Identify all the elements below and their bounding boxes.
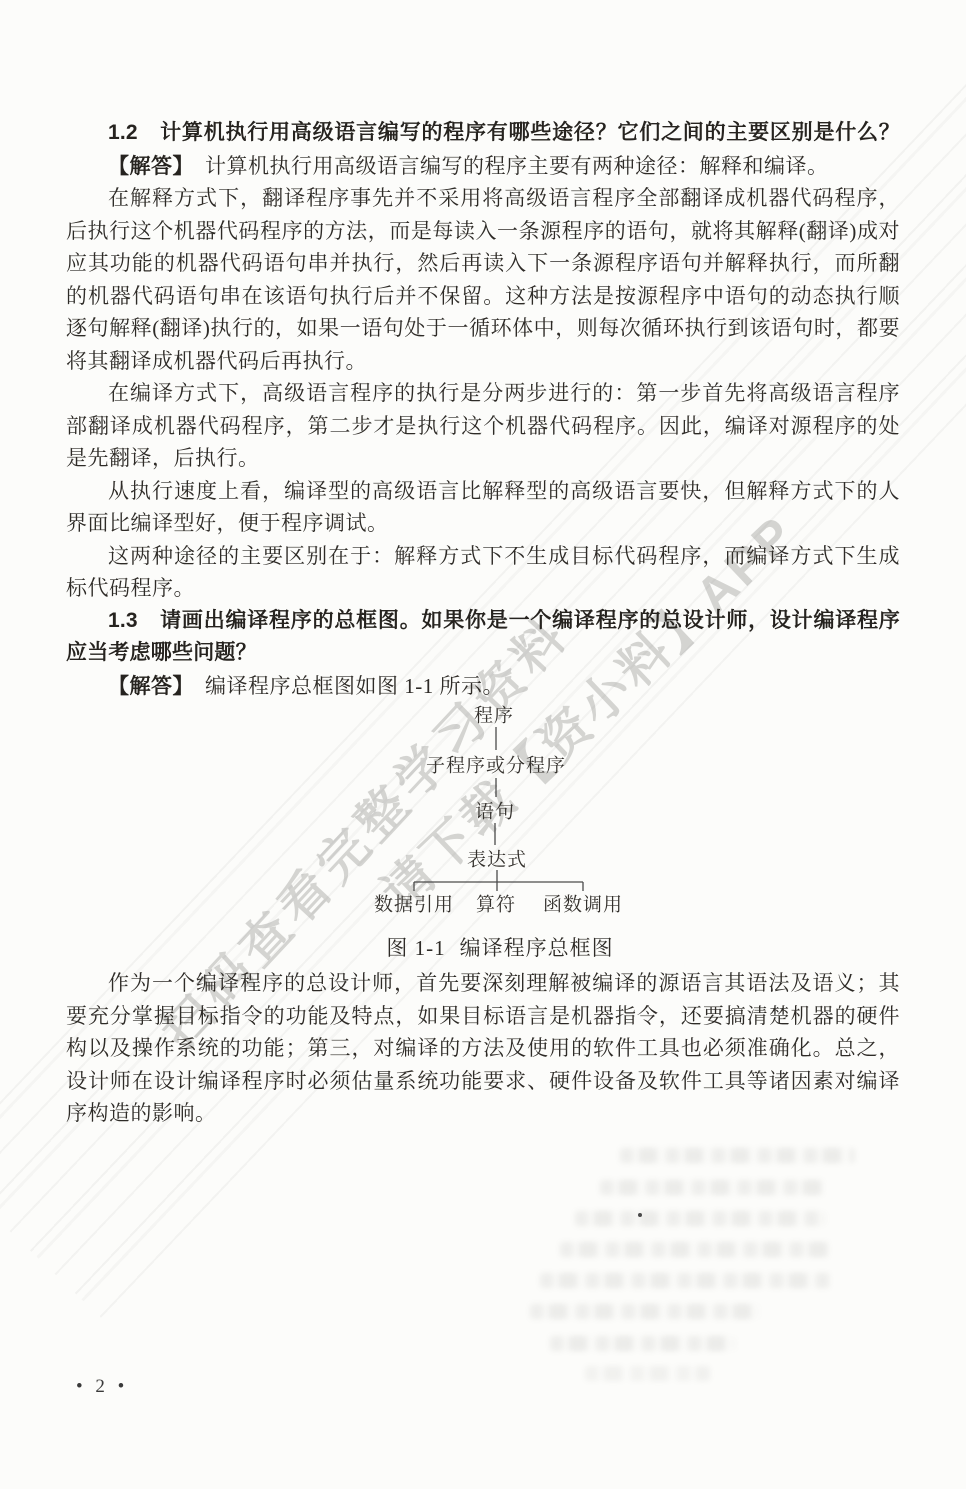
- text-line: 后执行这个机器代码程序的方法，而是每读入一条源程序的语句，就将其解释(翻译)成对: [66, 215, 900, 248]
- node-statement: 语句: [475, 797, 515, 824]
- text-line: 从执行速度上看，编译型的高级语言比解释型的高级语言要快，但解释方式下的人机: [66, 475, 900, 508]
- text-line: 序构造的影响。: [66, 1097, 900, 1130]
- figure-caption-label: 图 1-1: [386, 936, 445, 960]
- bleedthrough-row: [575, 1211, 825, 1226]
- text-line: 在解释方式下，翻译程序事先并不采用将高级语言程序全部翻译成机器代码程序，然: [66, 182, 900, 215]
- text-line: 在编译方式下，高级语言程序的执行是分两步进行的：第一步首先将高级语言程序全: [66, 377, 900, 410]
- text-line: 应当考虑哪些问题？: [66, 637, 900, 670]
- text-line: 界面比编译型好，便于程序调试。: [66, 507, 900, 540]
- text-line: 应其功能的机器代码语句串并执行，然后再读入下一条源程序语句并解释执行，而所翻译: [66, 247, 900, 280]
- bleedthrough-row: [550, 1336, 735, 1351]
- node-operator: 算符: [476, 890, 516, 917]
- text-line: 的机器代码语句串在该语句执行后并不保留。这种方法是按源程序中语句的动态执行顺序: [66, 280, 900, 313]
- bleedthrough-row: [600, 1180, 825, 1195]
- text-line: 设计师在设计编译程序时必须估量系统功能要求、硬件设备及软件工具等诸因素对编译程: [66, 1065, 900, 1098]
- text-line: 逐句解释(翻译)执行的，如果一语句处于一循环体中，则每次循环执行到该语句时，都要: [66, 312, 900, 345]
- bleedthrough-row: [530, 1304, 760, 1319]
- figure-caption: 图 1-1编译程序总框图: [17, 932, 966, 962]
- answer-label: 【解答】: [108, 675, 184, 698]
- text-line: 标代码程序。: [66, 572, 900, 605]
- ink-spot: [638, 1213, 642, 1217]
- answer-label: 【解答】: [108, 155, 184, 178]
- scanned-book-page: 扫码查看完整学习资料 请下载【资小料】APP 1.2 计算机执行用高级语言编写的…: [0, 0, 966, 1489]
- lower-paragraphs: 作为一个编译程序的总设计师，首先要深刻理解被编译的源语言其语法及语义；其次，要充…: [66, 967, 900, 1130]
- bleedthrough-row: [585, 1366, 710, 1381]
- text-line: 1.2 计算机执行用高级语言编写的程序有哪些途径？它们之间的主要区别是什么？: [66, 117, 900, 150]
- bleedthrough-row: [560, 1242, 830, 1257]
- node-expression: 表达式: [467, 845, 527, 872]
- figure-caption-title: 编译程序总框图: [460, 936, 614, 960]
- node-subprogram-or-block: 子程序或分程序: [426, 751, 566, 778]
- text-line: 将其翻译成机器代码后再执行。: [66, 345, 900, 378]
- page-number: • 2 •: [76, 1376, 128, 1398]
- text-line: 部翻译成机器代码程序，第二步才是执行这个机器代码程序。因此，编译对源程序的处理: [66, 410, 900, 443]
- text-line: 是先翻译，后执行。: [66, 442, 900, 475]
- node-program: 程序: [474, 701, 514, 728]
- text-line: 要充分掌握目标指令的功能及特点，如果目标语言是机器指令，还要搞清楚机器的硬件结: [66, 1000, 900, 1033]
- node-data-reference: 数据引用: [374, 890, 454, 917]
- text-line: 1.3 请画出编译程序的总框图。如果你是一个编译程序的总设计师，设计编译程序时: [66, 605, 900, 638]
- text-line: 构以及操作系统的功能；第三，对编译的方法及使用的软件工具也必须准确化。总之，总: [66, 1032, 900, 1065]
- text-line: 【解答】 编译程序总框图如图 1-1 所示。: [66, 670, 900, 703]
- bleedthrough-row: [620, 1148, 855, 1163]
- text-line: 作为一个编译程序的总设计师，首先要深刻理解被编译的源语言其语法及语义；其次，: [66, 967, 900, 1000]
- upper-paragraphs: 1.2 计算机执行用高级语言编写的程序有哪些途径？它们之间的主要区别是什么？【解…: [66, 117, 900, 702]
- bleedthrough-row: [540, 1273, 830, 1288]
- text-line: 这两种途径的主要区别在于：解释方式下不生成目标代码程序，而编译方式下生成目: [66, 540, 900, 573]
- node-function-call: 函数调用: [543, 890, 623, 917]
- text-line: 【解答】 计算机执行用高级语言编写的程序主要有两种途径：解释和编译。: [66, 150, 900, 183]
